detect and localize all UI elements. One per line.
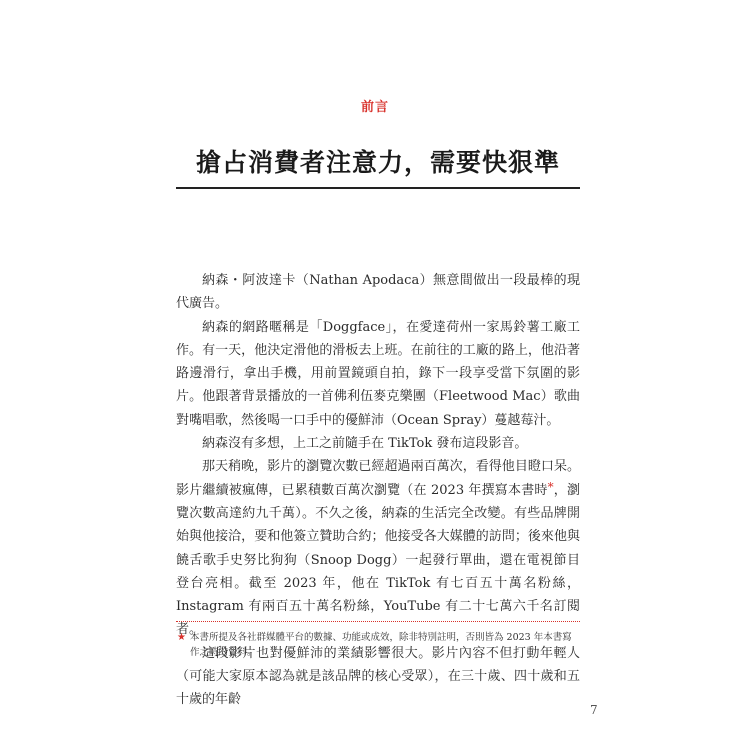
footnote-reference-star-icon[interactable]: * [548, 480, 554, 494]
paragraph: 納森沒有多想，上工之前隨手在 TikTok 發布這段影音。 [176, 432, 580, 455]
paragraph: 那天稍晚，影片的瀏覽次數已經超過兩百萬次，看得他目瞪口呆。影片繼續被瘋傳，已累積… [176, 455, 580, 641]
paragraph: 納森・阿波達卡（Nathan Apodaca）無意間做出一段最棒的現代廣告。 [176, 269, 580, 316]
page-number: 7 [590, 703, 598, 717]
paragraph-text: ，瀏覽次數高達約九千萬）。不久之後，納森的生活完全改變。有些品牌開始與他接洽，要… [176, 483, 580, 638]
paragraph: 納森的網路暱稱是「Doggface」，在愛達荷州一家馬鈴薯工廠工作。有一天，他決… [176, 316, 580, 432]
star-icon: ★ [177, 630, 186, 645]
title-rule [176, 187, 580, 189]
paragraph-text: 那天稍晚，影片的瀏覽次數已經超過兩百萬次，看得他目瞪口呆。影片繼續被瘋傳，已累積… [176, 459, 580, 497]
page-title: 搶占消費者注意力，需要快狠準 [176, 143, 580, 179]
chapter-label: 前言 [0, 96, 750, 115]
footnote-text: 本書所提及各社群媒體平台的數據、功能或成效，除非特別註明，否則皆為 2023 年… [190, 632, 572, 658]
footnote-divider [176, 621, 580, 622]
footnote: ★ 本書所提及各社群媒體平台的數據、功能或成效，除非特別註明，否則皆為 2023… [176, 630, 580, 660]
